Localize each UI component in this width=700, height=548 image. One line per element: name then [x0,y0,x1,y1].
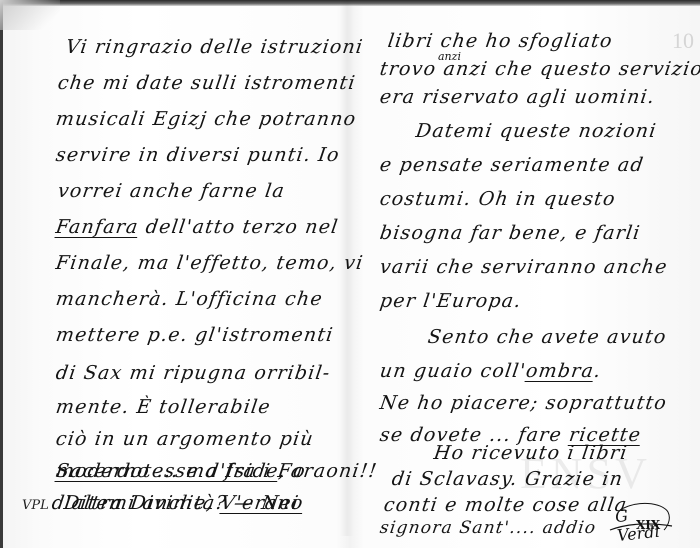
right-line-11: un guaio coll'ombra. [378,360,602,382]
signature-monogram: XIX [636,518,660,532]
right-line-12: Ne ho piacere; soprattutto [378,392,668,414]
left-line-15-end: , o [277,460,307,482]
page-mark: VPL [22,498,49,513]
left-line-7: Finale, ma l'effetto, temo, vi [54,252,365,274]
right-line-1: libri che ho sfogliato [386,30,614,52]
right-line-13-start: se dovete ... fare [378,424,570,446]
left-line-2: che mi date sulli istromenti [56,72,357,94]
right-line-2: trovo anzi che questo servizio [378,58,700,80]
signature: G Verdi XIX [606,500,676,536]
left-line-6-rest: dell'atto terzo nel [137,216,340,238]
underlined-ombra: ombra [525,360,596,382]
left-line-3: musicali Egizj che potranno [54,108,358,130]
right-line-8: varii che serviranno anche [378,256,669,278]
left-line-4: servire in diversi punti. Io [54,144,341,166]
left-line-15: Sacerdotesse d'Iside, o [54,460,307,482]
left-line-14: Ditemi anche, V'erano [62,492,305,514]
right-line-5: e pensate seriamente ad [378,154,645,176]
ghost-page-number: 10 [672,28,694,54]
right-line-4: Datemi queste nozioni [414,120,658,142]
left-line-12: ciò in un argomento più [54,428,315,450]
right-line-10: Sento che avete avuto [426,326,668,348]
right-line-9: per l'Europa. [378,290,523,312]
left-line-9: mettere p.e. gl'istromenti [54,324,335,346]
underlined-fanfara: Fanfara [54,216,140,238]
left-line-1: Vi ringrazio delle istruzioni [64,36,364,58]
left-line-5: vorrei anche farne la [56,180,286,202]
underlined-verano: V'erano [219,492,305,514]
letter-sheet: 10 Vi ringrazio delle istruzioni che mi … [0,0,700,548]
right-line-11-end: . [593,360,603,382]
right-line-6: costumi. Oh in questo [378,188,617,210]
corner-shadow [0,0,60,30]
right-line-3: era riservato agli uomini. [378,86,656,108]
left-line-11: mente. È tollerabile [54,396,272,418]
underlined-sacerdotesse: Sacerdotesse d'Iside [54,460,280,482]
left-line-10: di Sax mi ripugna orribil- [54,362,332,384]
scan-left-edge [0,0,3,548]
right-line-11-start: un guaio coll' [378,360,527,382]
right-line-7: bisogna far bene, e farli [378,222,642,244]
left-line-8: mancherà. L'officina che [54,288,324,310]
left-line-6: Fanfara dell'atto terzo nel [54,216,340,238]
archive-watermark: ENSV [520,448,651,499]
underlined-ricette: ricette [568,424,643,446]
left-line-14-start: Ditemi anche, [62,492,222,514]
right-line-13: se dovete ... fare ricette [378,424,642,446]
